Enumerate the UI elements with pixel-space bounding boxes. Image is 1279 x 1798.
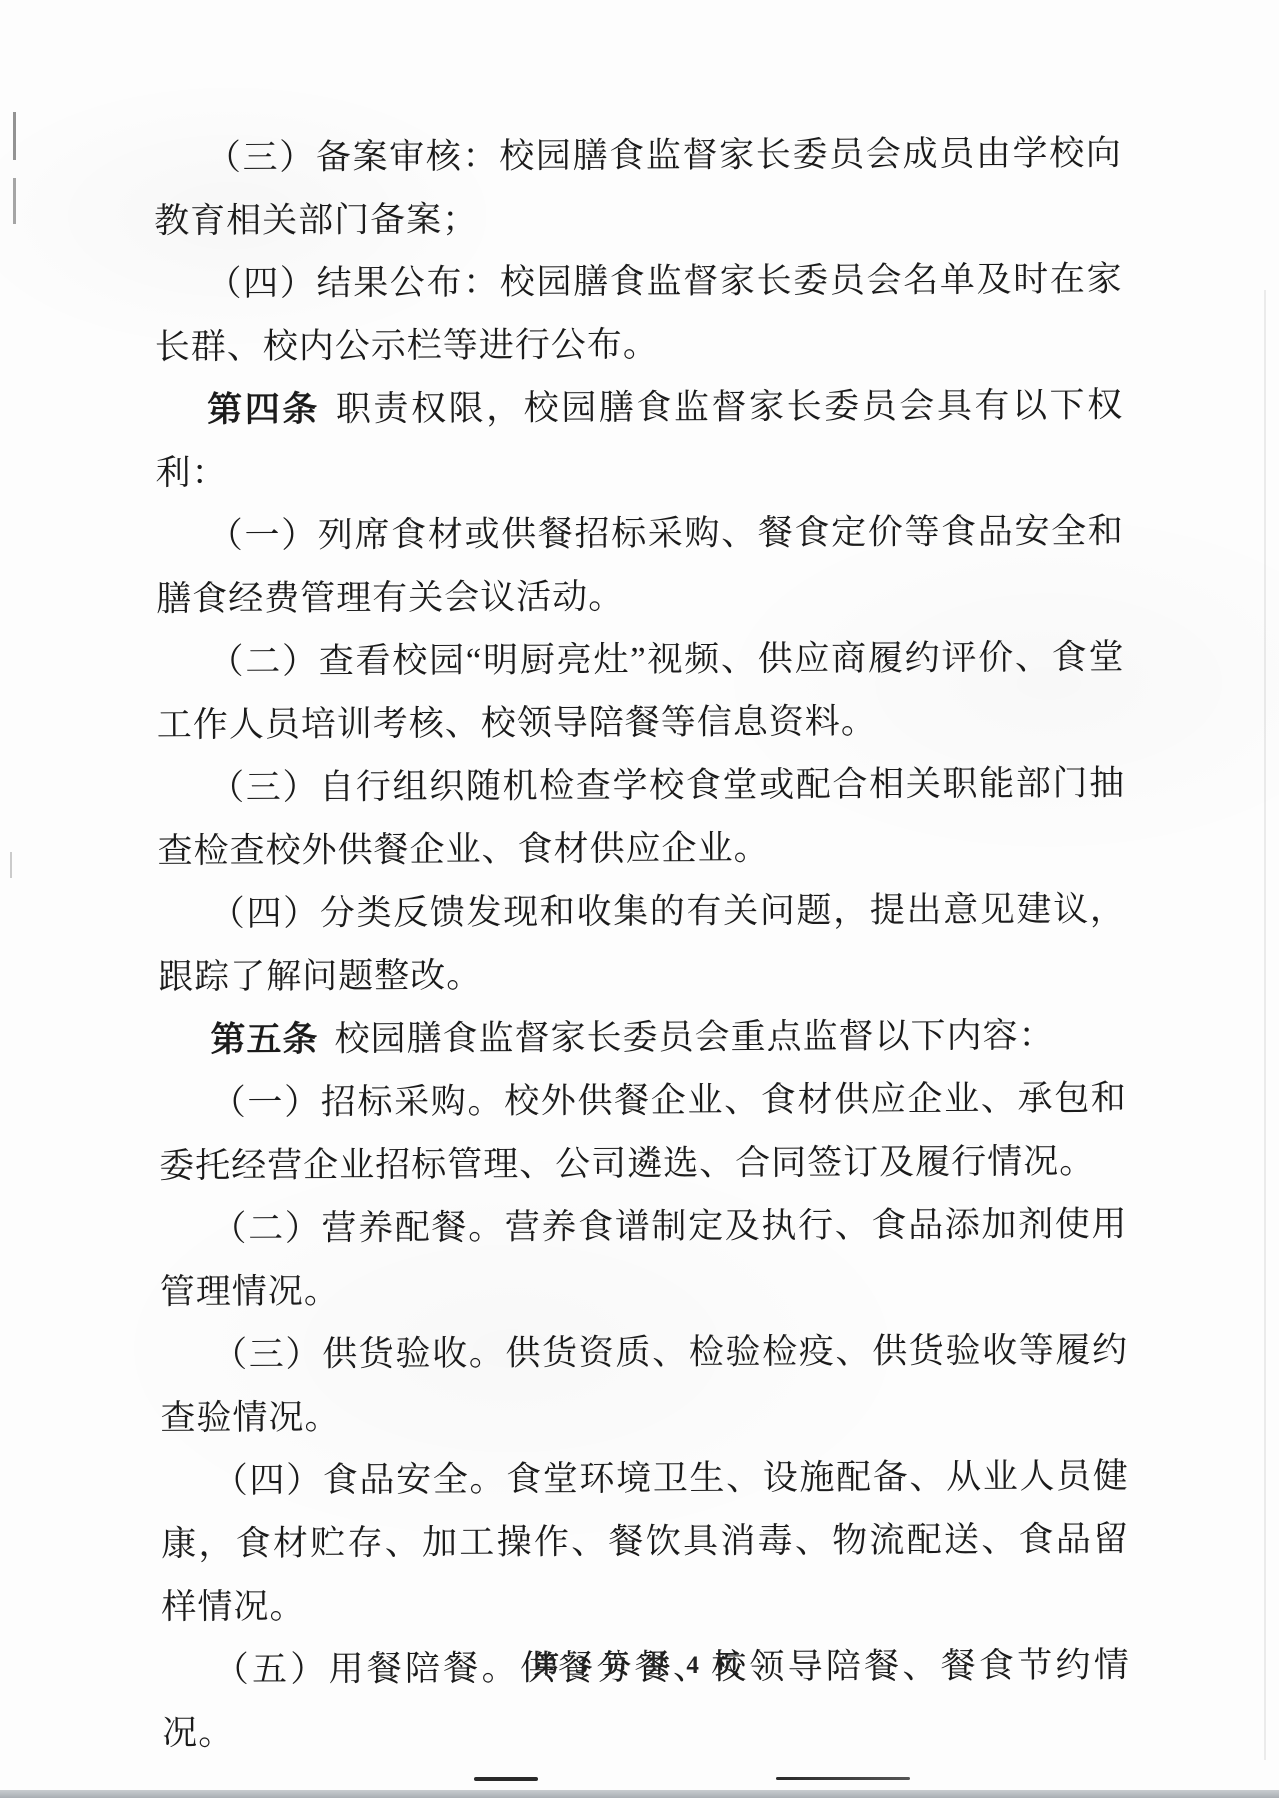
paragraph-supervise-3: （三）供货验收。供货资质、检验检疫、供货验收等履约查验情况。: [160, 1318, 1129, 1449]
page-number-footer: 第 3 页 共 4 页: [0, 1645, 1279, 1681]
scan-artifact-bottom-dash-2: [776, 1777, 910, 1780]
paragraph-right-3: （三）自行组织随机检查学校食堂或配合相关职能部门抽查检查校外供餐企业、食材供应企…: [157, 751, 1126, 882]
paragraph-right-1: （一）列席食材或供餐招标采购、餐食定价等食品安全和膳食经费管理有关会议活动。: [156, 499, 1125, 630]
paragraph-right-2: （二）查看校园“明厨亮灶”视频、供应商履约评价、食堂工作人员培训考核、校领导陪餐…: [156, 625, 1125, 756]
document-body: （三）备案审核：校园膳食监督家长委员会成员由学校向教育相关部门备案； （四）结果…: [154, 121, 1131, 1764]
paragraph-item-3-review: （三）备案审核：校园膳食监督家长委员会成员由学校向教育相关部门备案；: [154, 121, 1123, 252]
article-4-number: 第四条: [207, 390, 320, 430]
paragraph-supervise-1: （一）招标采购。校外供餐企业、食材供应企业、承包和委托经营企业招标管理、公司遴选…: [159, 1066, 1128, 1197]
scan-artifact-right-edge-line: [1264, 290, 1266, 1760]
paragraph-article-5: 第五条校园膳食监督家长委员会重点监督以下内容：: [158, 1003, 1126, 1071]
article-5-number: 第五条: [210, 1020, 318, 1060]
paragraph-supervise-2: （二）营养配餐。营养食谱制定及执行、食品添加剂使用管理情况。: [159, 1192, 1128, 1323]
scan-artifact-left-mark-1: [13, 112, 16, 160]
paragraph-right-4: （四）分类反馈发现和收集的有关问题，提出意见建议，跟踪了解问题整改。: [158, 877, 1127, 1008]
scan-artifact-left-mark-2: [13, 178, 16, 224]
article-5-text: 校园膳食监督家长委员会重点监督以下内容：: [334, 1016, 1054, 1059]
scan-artifact-bottom-dash-1: [474, 1777, 538, 1781]
scan-artifact-left-mark-3: [10, 852, 12, 878]
paragraph-item-4-publish: （四）结果公布：校园膳食监督家长委员会名单及时在家长群、校内公示栏等进行公布。: [154, 247, 1123, 378]
paragraph-supervise-4: （四）食品安全。食堂环境卫生、设施配备、从业人员健康，食材贮存、加工操作、餐饮具…: [161, 1444, 1130, 1638]
paragraph-article-4: 第四条职责权限，校园膳食监督家长委员会具有以下权利：: [155, 373, 1124, 504]
scan-shadow-bottom-strip: [0, 1790, 1279, 1798]
